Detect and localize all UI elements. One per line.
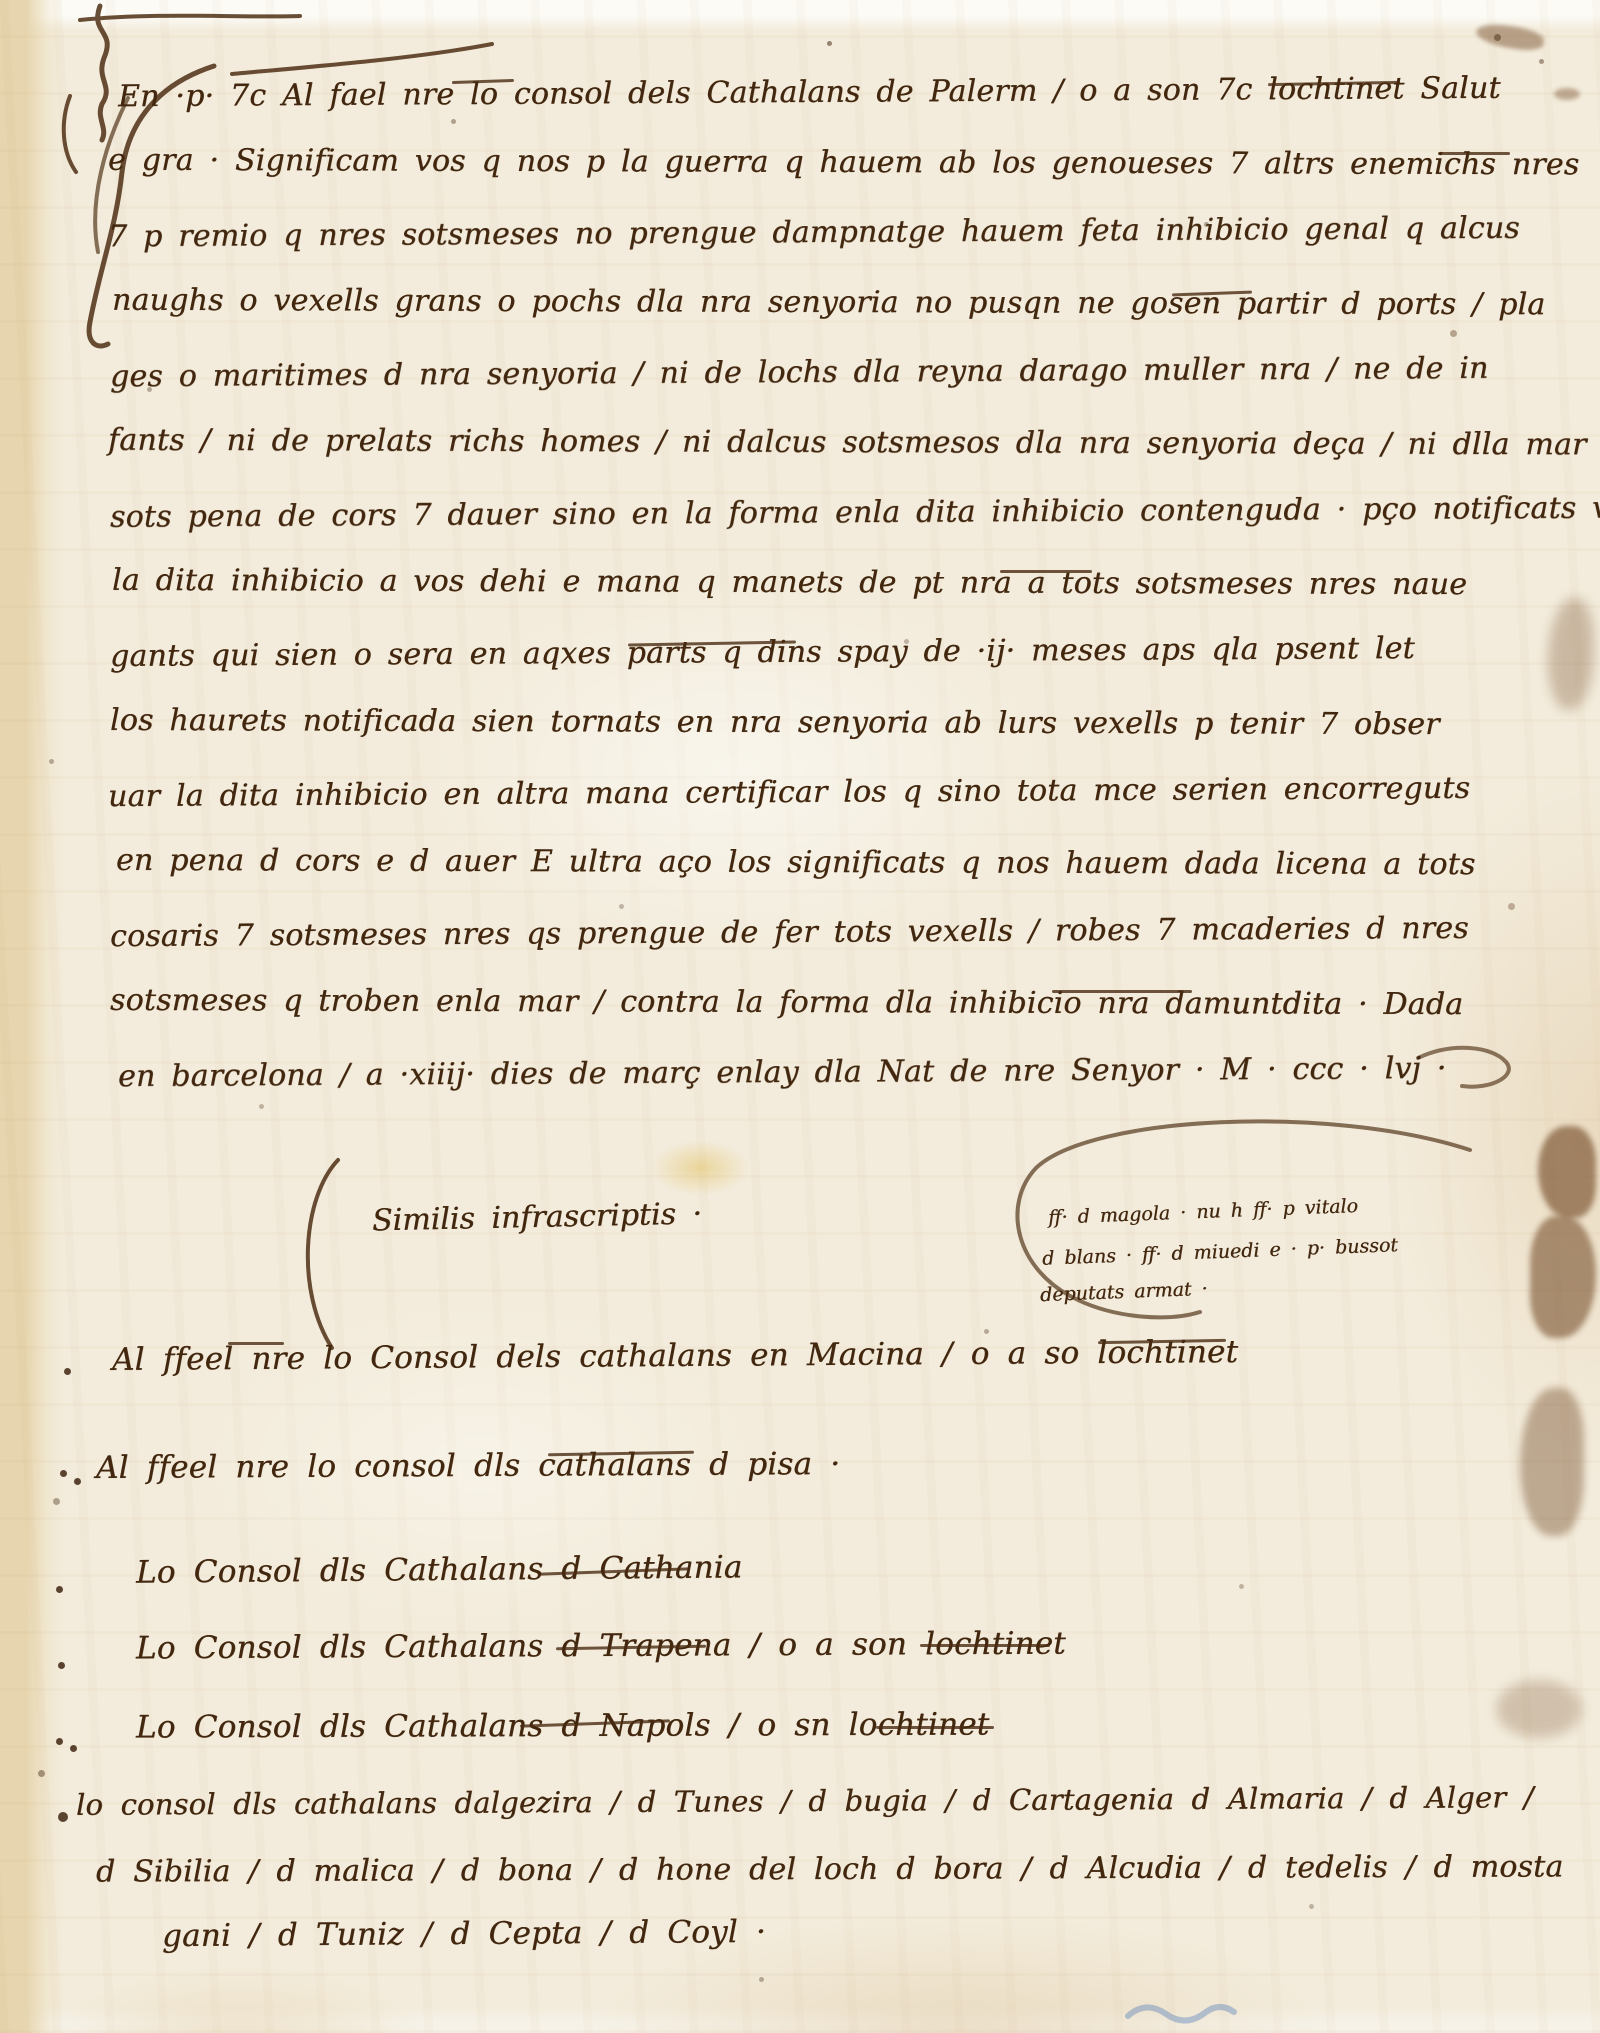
addressee-line: gani / d Tuniz / d Cepta / d Coyl · xyxy=(162,1914,766,1954)
letter-line: gants qui sien o sera en aqxes parts q d… xyxy=(110,631,1415,674)
letter-line: fants / ni de prelats richs homes / ni d… xyxy=(108,423,1587,463)
letter-line: cosaris 7 sotsmeses nres qs prengue de f… xyxy=(110,911,1469,954)
ink-blot xyxy=(1530,1216,1596,1338)
letter-line: la dita inhibicio a vos dehi e mana q ma… xyxy=(112,563,1467,602)
diagonal-stroke xyxy=(232,44,492,74)
margin-dot xyxy=(70,1745,77,1752)
margin-dot xyxy=(60,1470,67,1477)
ink-blot xyxy=(1548,598,1594,710)
line1-paraph xyxy=(64,96,76,172)
stain xyxy=(1496,1680,1582,1738)
letter-line: en barcelona / a ·xiiij· dies de març en… xyxy=(118,1051,1447,1094)
letter-line: en pena d cors e d auer E ultra aço los … xyxy=(116,843,1476,882)
margin-dot xyxy=(64,1368,71,1375)
margin-dot xyxy=(58,1812,68,1822)
margin-dot xyxy=(58,1662,65,1669)
letter-line: 7 p remio q nres sotsmeses no prengue da… xyxy=(108,211,1520,255)
abbreviation-stroke xyxy=(920,1644,1050,1647)
abbreviation-stroke xyxy=(1052,990,1192,993)
blue-archive-mark xyxy=(1128,2007,1234,2021)
addressee-line: Al ffeel nre lo Consol dels cathalans en… xyxy=(112,1334,1238,1378)
rubric-bracket xyxy=(308,1160,338,1348)
rubric-similis: Similis infrascriptis · xyxy=(372,1197,703,1239)
addressee-line: Al ffeel nre lo consol dls cathalans d p… xyxy=(96,1446,840,1486)
abbreviation-stroke xyxy=(1438,152,1510,155)
abbreviation-stroke xyxy=(876,1726,994,1729)
top-margin-stroke xyxy=(80,16,300,20)
top-left-squiggle xyxy=(98,6,108,140)
margin-dot xyxy=(56,1738,63,1745)
letter-line: e gra · Significam vos q nos p la guerra… xyxy=(108,143,1579,183)
ink-specks xyxy=(0,0,3,3)
manuscript-page: En ·p· 7c Al fael nre lo consol dels Cat… xyxy=(0,0,1600,2033)
margin-dot xyxy=(74,1478,81,1485)
addressee-line: lo consol dls cathalans dalgezira / d Tu… xyxy=(76,1780,1534,1822)
letter-line: sotsmeses q troben enla mar / contra la … xyxy=(110,983,1463,1022)
letter-line: sots pena de cors 7 dauer sino en la for… xyxy=(110,490,1600,534)
addressee-line: d Sibilia / d malica / d bona / d hone d… xyxy=(96,1849,1564,1889)
letter-line: uar la dita inhibicio en altra mana cert… xyxy=(108,771,1470,814)
margin-dot xyxy=(56,1586,63,1593)
abbreviation-stroke xyxy=(1000,570,1092,573)
ink-blot xyxy=(1538,1126,1596,1218)
marginal-note-line: deputats armat · xyxy=(1039,1269,1208,1315)
ink-blot xyxy=(1554,88,1580,100)
ink-blot xyxy=(1520,1388,1584,1536)
letter-line: En ·p· 7c Al fael nre lo consol dels Cat… xyxy=(118,71,1501,114)
letter-line: naughs o vexells grans o pochs dla nra s… xyxy=(112,283,1546,323)
letter-line: los haurets notificada sien tornats en n… xyxy=(110,703,1440,742)
letter-line: ges o maritimes d nra senyoria / ni de l… xyxy=(110,351,1489,394)
abbreviation-stroke xyxy=(228,1342,284,1345)
ink-blot xyxy=(1475,21,1545,52)
